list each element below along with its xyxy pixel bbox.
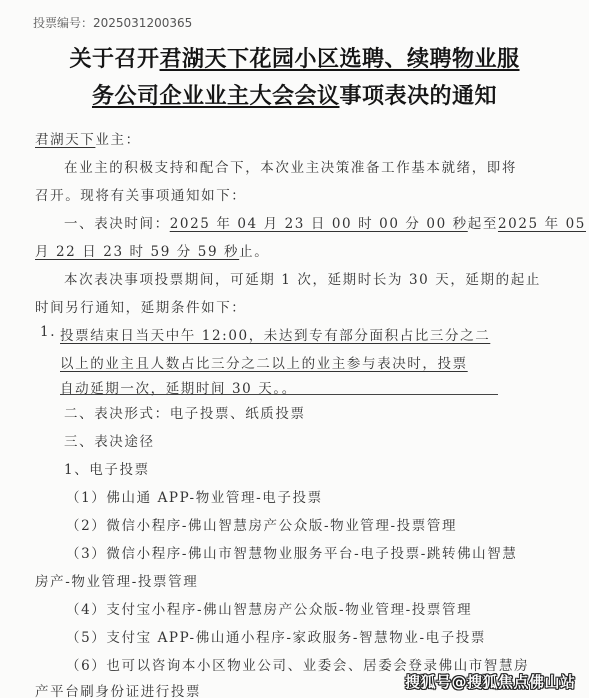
channel-item-6-cont: 产平台刷身份证进行投票 [35, 680, 201, 698]
intro-line-2: 召开。现将有关事项通知如下： [35, 184, 246, 204]
electronic-voting-heading: 1、电子投票 [64, 458, 150, 478]
section1-voting-time-cont: 月 22 日 23 时 59 分 59 秒止。 [35, 240, 269, 260]
channel-item-4: （4）支付宝小程序-佛山智慧房产公众版-物业管理-投票管理 [66, 598, 472, 618]
extension-line-2: 时间另行通知，延期条件如下： [35, 296, 246, 316]
section1-voting-time: 一、表决时间：2025 年 04 月 23 日 00 时 00 分 00 秒起至… [64, 212, 586, 232]
condition-line-1: 投票结束日当天中午 12:00，未达到专有部分面积占比三分之二 [60, 324, 490, 344]
section1-prefix: 一、表决时间： [64, 216, 170, 232]
salutation-rest: 业主： [95, 132, 140, 148]
condition-underline-rule [60, 394, 498, 395]
time-suffix: 止。 [239, 244, 269, 260]
channel-item-3: （3）微信小程序-佛山市智慧物业服务平台-电子投票-跳转佛山智慧 [66, 542, 517, 562]
channel-item-3-cont: 房产-物业管理-投票管理 [35, 570, 198, 590]
document-title-line-2: 务公司企业业主大会会议事项表决的通知 [0, 79, 589, 110]
vote-number: 投票编号：2025031200365 [33, 14, 192, 31]
section2-voting-form: 二、表决形式：电子投票、纸质投票 [64, 402, 306, 422]
title-underlined-part-2: 务公司企业业主大会会议 [92, 84, 340, 109]
notice-document: 投票编号：2025031200365 关于召开君湖天下花园小区选聘、续聘物业服 … [0, 0, 589, 698]
section3-voting-channels: 三、表决途径 [64, 430, 155, 450]
intro-line-1: 在业主的积极支持和配合下，本次业主决策准备工作基本就绪，即将 [64, 156, 517, 176]
condition-line-2: 以上的业主且人数占比三分之二以上的业主参与表决时，投票 [60, 352, 468, 372]
start-time: 2025 年 04 月 23 日 00 时 00 分 00 秒 [170, 216, 468, 232]
salutation-community: 君湖天下 [35, 132, 95, 148]
document-title-line-1: 关于召开君湖天下花园小区选聘、续聘物业服 [0, 42, 589, 73]
title-suffix: 事项表决的通知 [340, 84, 498, 109]
title-underlined-part-1: 君湖天下花园小区选聘、续聘物业服 [160, 47, 520, 72]
channel-item-2: （2）微信小程序-佛山智慧房产公众版-物业管理-投票管理 [66, 514, 457, 534]
title-prefix: 关于召开 [69, 47, 159, 72]
salutation: 君湖天下业主： [35, 128, 141, 148]
time-connector: 起至 [468, 216, 498, 232]
end-time-part-2: 月 22 日 23 时 59 分 59 秒 [35, 244, 239, 260]
end-time-part-1: 2025 年 05 [498, 216, 586, 232]
channel-item-1: （1）佛山通 APP-物业管理-电子投票 [66, 486, 323, 506]
condition-number: 1. [40, 324, 56, 340]
sohu-watermark: 搜狐号@搜狐焦点佛山站 [405, 671, 576, 692]
channel-item-5: （5）支付宝 APP-佛山通小程序-家政服务-智慧物业-电子投票 [66, 626, 486, 646]
extension-line-1: 本次表决事项投票期间，可延期 1 次，延期时长为 30 天，延期的起止 [64, 268, 541, 288]
